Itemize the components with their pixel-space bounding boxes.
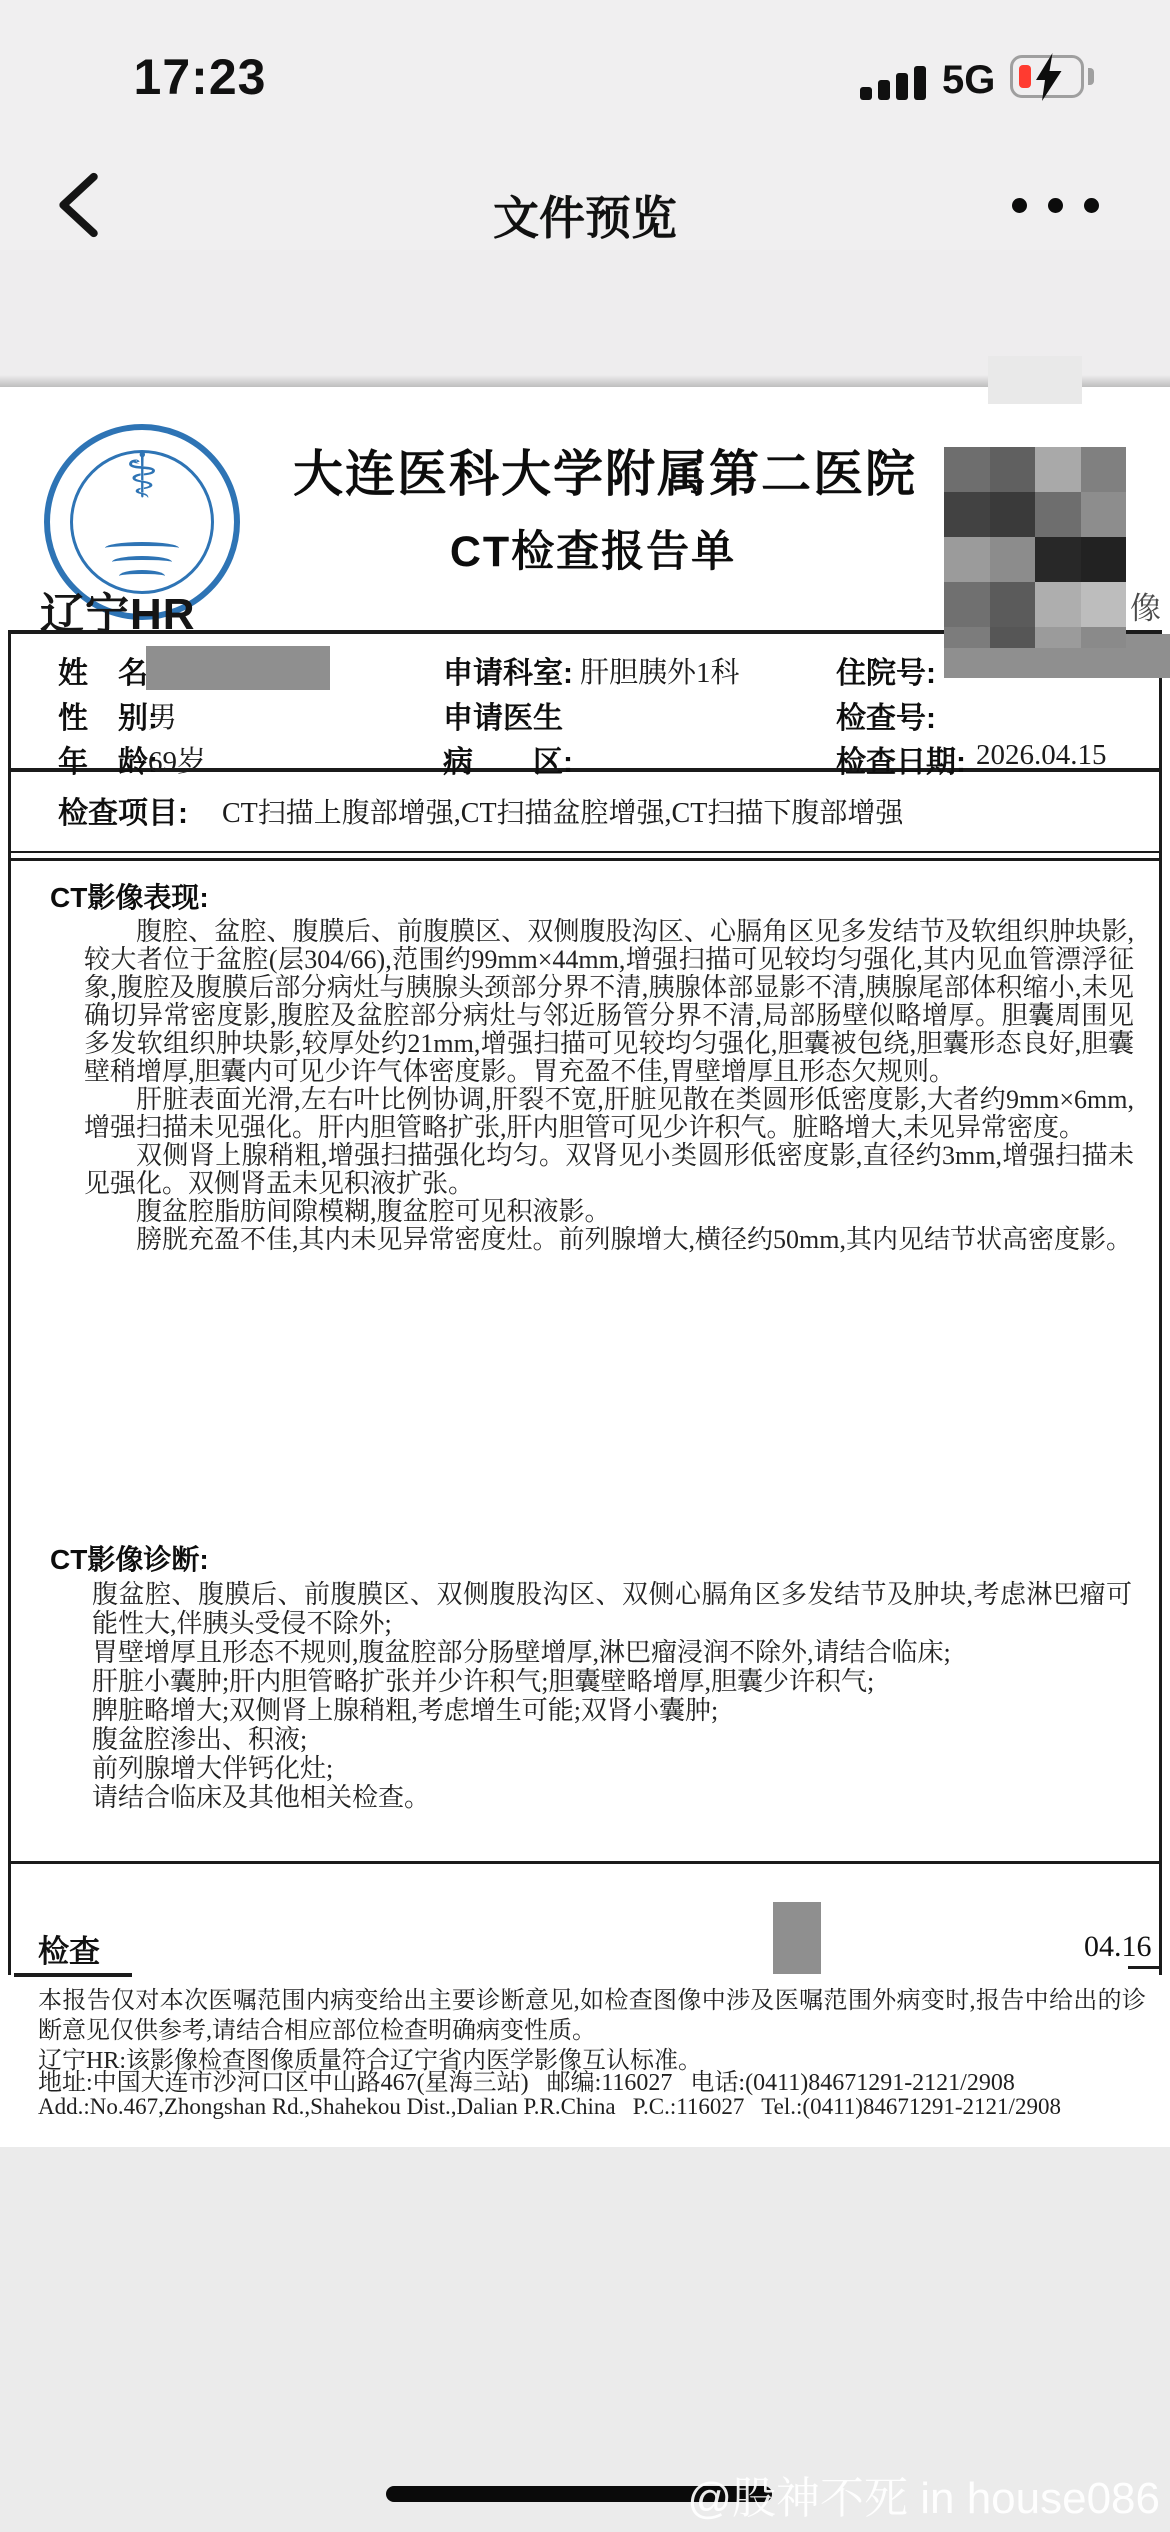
signal-strength-icon — [860, 64, 932, 100]
examiner-label: 检查 — [38, 1926, 100, 1971]
rule — [8, 851, 1162, 853]
findings-paragraph: 双侧肾上腺稍粗,增强扫描强化均匀。双肾见小类圆形低密度影,直径约3mm,增强扫描… — [84, 1142, 1134, 1198]
redacted-qr-mosaic — [944, 447, 1126, 648]
age-value: 69岁 — [148, 739, 206, 780]
ward-label: 病 区: — [443, 737, 573, 781]
diagnosis-line: 肝脏小囊肿;肝内胆管略扩张并少许积气;胆囊壁略增厚,胆囊少许积气; — [92, 1667, 1132, 1696]
page-corner-redaction — [988, 356, 1082, 404]
report-date-partial: 04.16 — [1084, 1930, 1152, 1964]
page-title: 文件预览 — [0, 182, 1170, 248]
address-en: Add.:No.467,Zhongshan Rd.,Shahekou Dist.… — [38, 2094, 1061, 2120]
age-label: 年 龄: — [58, 737, 158, 781]
diagnosis-line: 脾脏略增大;双侧肾上腺稍粗,考虑增生可能;双肾小囊肿; — [92, 1696, 1132, 1725]
charging-bolt-icon — [1030, 50, 1066, 104]
address-cn: 地址:中国大连市沙河口区中山路467(星海三站) 邮编:116027 电话:(0… — [38, 2062, 1015, 2097]
diagnosis-title: CT影像诊断: — [50, 1538, 209, 1578]
findings-title: CT影像表现: — [50, 876, 209, 916]
gender-label: 性 别: — [58, 693, 158, 737]
exam-no-label: 检查号: — [836, 693, 936, 737]
dept-label: 申请科室: — [443, 648, 573, 692]
diagnosis-line: 腹盆腔、腹膜后、前腹膜区、双侧腹股沟区、双侧心膈角区多发结节及肿块,考虑淋巴瘤可… — [92, 1580, 1132, 1638]
findings-paragraph: 膀胱充盈不佳,其内未见异常密度灶。前列腺增大,横径约50mm,其内见结节状高密度… — [84, 1226, 1134, 1254]
rule — [8, 1861, 1162, 1864]
exam-date-value: 2026.04.15 — [976, 739, 1107, 772]
battery-cap — [1088, 68, 1094, 85]
watermark-text: @股神不死 in house086 — [0, 2462, 1160, 2526]
rule — [8, 858, 1162, 861]
network-type-label: 5G — [942, 58, 995, 103]
diagnosis-line: 请结合临床及其他相关检查。 — [92, 1783, 1132, 1812]
exam-items-value: CT扫描上腹部增强,CT扫描盆腔增强,CT扫描下腹部增强 — [222, 791, 903, 831]
photo-label: 像 — [1130, 583, 1161, 628]
exam-items-label: 检查项目: — [58, 788, 188, 832]
diagnosis-line: 胃壁增厚且形态不规则,腹盆腔部分肠壁增厚,淋巴瘤浸润不除外,请结合临床; — [92, 1638, 1132, 1667]
dept-value: 肝胆胰外1科 — [580, 650, 740, 691]
findings-paragraph: 肝脏表面光滑,左右叶比例协调,肝裂不宽,肝脏见散在类圆形低密度影,大者约9mm×… — [84, 1086, 1134, 1142]
doctor-label: 申请医生 — [443, 693, 563, 737]
more-options-button[interactable] — [1012, 196, 1112, 216]
disclaimer-text: 本报告仅对本次医嘱范围内病变给出主要诊断意见,如检查图像中涉及医嘱范围外病变时,… — [38, 1986, 1146, 2046]
name-label: 姓 名: — [58, 648, 158, 692]
diagnosis-text: 腹盆腔、腹膜后、前腹膜区、双侧腹股沟区、双侧心膈角区多发结节及肿块,考虑淋巴瘤可… — [92, 1580, 1132, 1812]
rule — [1128, 1966, 1162, 1969]
name-redaction — [146, 646, 330, 690]
findings-text: 腹腔、盆腔、腹膜后、前腹膜区、双侧腹股沟区、心膈角区见多发结节及软组织肿块影,较… — [84, 918, 1134, 1254]
screen: 17:23 5G 文件预览 ⚕ 辽宁HR 大连医科大学附属第二医院 CT检查报告… — [0, 0, 1170, 2532]
findings-paragraph: 腹腔、盆腔、腹膜后、前腹膜区、双侧腹股沟区、心膈角区见多发结节及软组织肿块影,较… — [84, 918, 1134, 1086]
diagnosis-line: 前列腺增大伴钙化灶; — [92, 1754, 1132, 1783]
signature-redaction — [773, 1902, 821, 1974]
admission-label: 住院号: — [836, 648, 936, 692]
gender-value: 男 — [148, 695, 177, 736]
status-time: 17:23 — [100, 48, 300, 106]
findings-paragraph: 腹盆腔脂肪间隙模糊,腹盆腔可见积液影。 — [84, 1198, 1134, 1226]
diagnosis-line: 腹盆腔渗出、积液; — [92, 1725, 1132, 1754]
exam-date-label: 检查日期: — [836, 737, 966, 781]
rule — [14, 1973, 132, 1977]
